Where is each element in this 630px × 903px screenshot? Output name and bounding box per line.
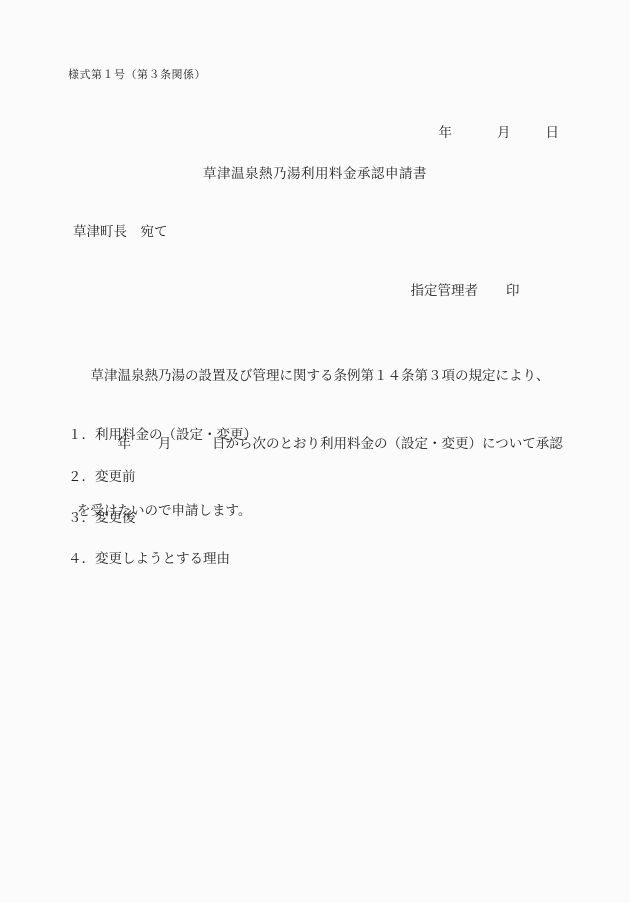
list-item-1: １．利用料金の（設定・変更） bbox=[68, 423, 257, 443]
body-paragraph-line-1: 草津温泉熱乃湯の設置及び管理に関する条例第１４条第３項の規定により、 bbox=[77, 365, 563, 388]
addressee-line: 草津町長 宛て bbox=[73, 220, 168, 240]
seal-label: 印 bbox=[506, 283, 520, 298]
list-item-4: ４．変更しようとする理由 bbox=[68, 547, 230, 567]
date-year-label: 年 bbox=[439, 125, 453, 140]
date-line: 年月日 bbox=[425, 105, 559, 157]
signer-line: 指定管理者印 bbox=[397, 263, 520, 315]
list-item-3: ３．変更後 bbox=[68, 506, 136, 526]
list-item-2: ２．変更前 bbox=[68, 465, 136, 485]
document-title: 草津温泉熱乃湯利用料金承認申請書 bbox=[0, 162, 630, 182]
signer-label: 指定管理者 bbox=[411, 283, 479, 298]
body-paragraph-line-3: を受けたいので申請します。 bbox=[77, 500, 563, 523]
date-month-label: 月 bbox=[497, 125, 511, 140]
form-number-label: 様式第１号（第３条関係） bbox=[68, 66, 206, 82]
date-day-label: 日 bbox=[546, 125, 560, 140]
body-paragraph: 草津温泉熱乃湯の設置及び管理に関する条例第１４条第３項の規定により、 年 月 日… bbox=[77, 320, 563, 568]
document-page: 様式第１号（第３条関係） 年月日 草津温泉熱乃湯利用料金承認申請書 草津町長 宛… bbox=[0, 0, 630, 903]
